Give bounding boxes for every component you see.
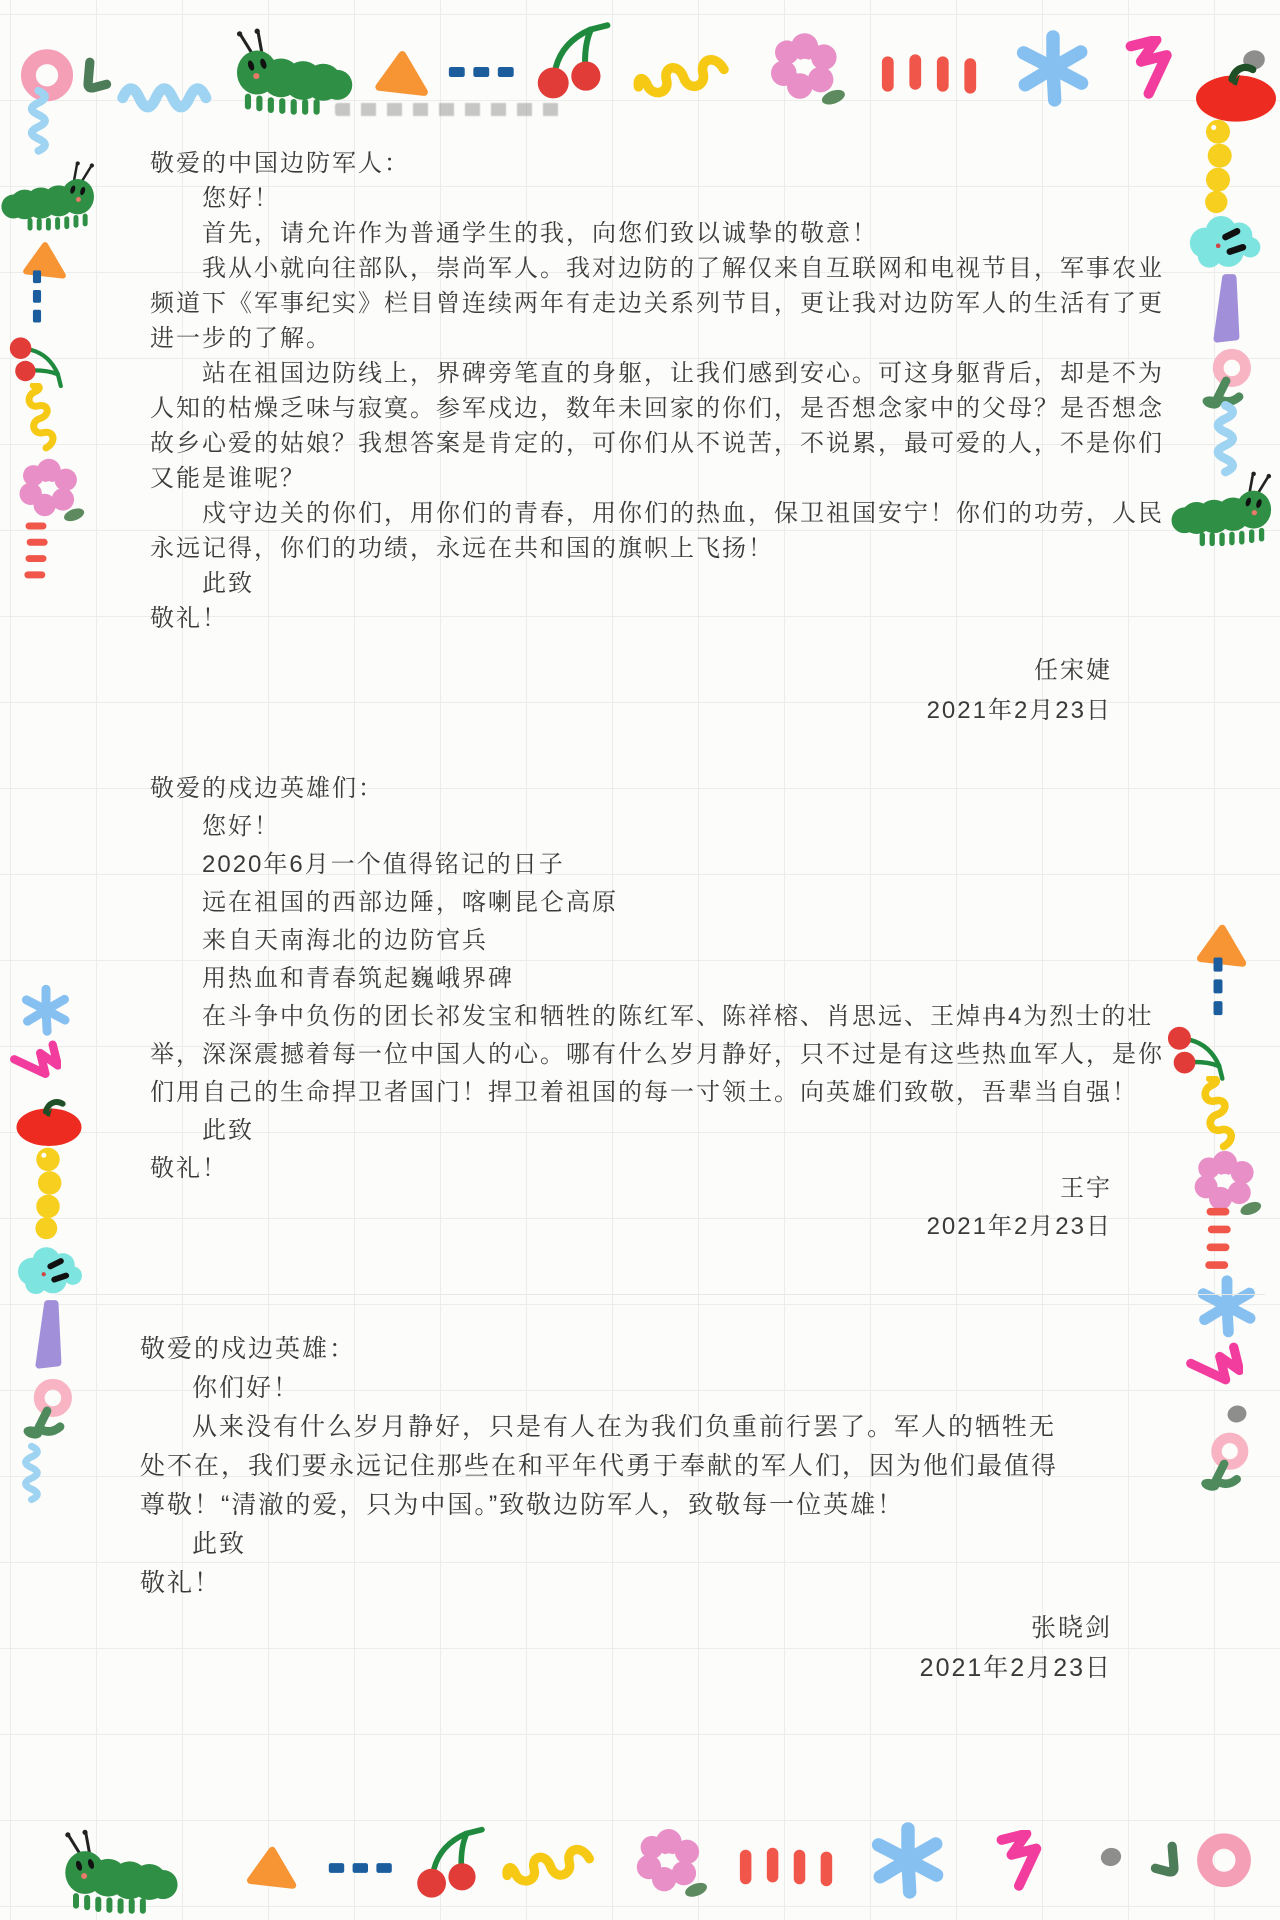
letter-line: 此致 <box>140 1525 1058 1564</box>
triangle-icon <box>368 46 434 110</box>
leaf-stroke-icon <box>1144 1838 1188 1888</box>
letter-line: 在斗争中负伤的团长祁发宝和牺牲的陈红军、陈祥榕、肖思远、王焯冉4为烈士的壮 <box>150 998 1164 1036</box>
blue-dashes-icon <box>446 60 518 84</box>
snowflake-icon <box>864 1818 952 1902</box>
letter-line: 永远记得，你们的功绩，永远在共和国的旗帜上飞扬！ <box>150 531 1164 566</box>
letter-line: 处不在，我们要永远记住那些在和平年代勇于奉献的军人们，因为他们最值得 <box>140 1447 1058 1486</box>
letter-line: 进一步的了解。 <box>150 321 1164 356</box>
letter-2-body: 敬爱的戍边英雄们：您好！2020年6月一个值得铭记的日子远在祖国的西部边陲，喀喇… <box>150 770 1164 1188</box>
tomato-icon <box>1190 60 1280 124</box>
cloud-face-icon <box>8 1240 90 1298</box>
letter-2-signature: 王宇 <box>1060 1168 1112 1203</box>
purple-stroke-icon <box>24 1298 70 1370</box>
letter-line: 您好！ <box>150 181 1164 216</box>
letter-3-body: 敬爱的戍边英雄：你们好！从来没有什么岁月静好，只是有人在为我们负重前行罢了。军人… <box>140 1330 1058 1603</box>
flower-icon <box>756 30 858 110</box>
caterpillar-icon <box>1170 470 1280 550</box>
letter-2: 敬爱的戍边英雄们：您好！2020年6月一个值得铭记的日子远在祖国的西部边陲，喀喇… <box>150 770 1164 1188</box>
zigzag-icon <box>974 1830 1080 1892</box>
letter-line: 敬爱的中国边防军人： <box>150 146 1164 181</box>
loop-squiggle-icon <box>17 383 61 453</box>
letter-line: 此致 <box>150 1112 1164 1150</box>
letter-line: 敬爱的戍边英雄： <box>140 1330 1058 1369</box>
letter-line: 我从小就向往部队，崇尚军人。我对边防的了解仅来自互联网和电视节目，军事农业 <box>150 251 1164 286</box>
zigzag-icon <box>1185 1334 1243 1408</box>
caterpillar-icon <box>50 1828 180 1918</box>
letter-line: 站在祖国边防线上，界碑旁笔直的身躯，让我们感到安心。可这身躯背后，却是不为 <box>150 356 1164 391</box>
letter-line: 人知的枯燥乏味与寂寞。参军戍边，数年未回家的你们，是否想念家中的父母？是否想念 <box>150 391 1164 426</box>
flower-icon <box>624 1826 718 1902</box>
coral-dashes-icon <box>15 519 57 583</box>
loop-squiggle-icon <box>500 1842 600 1894</box>
letter-1-body: 敬爱的中国边防军人：您好！首先，请允许作为普通学生的我，向您们致以诚挚的敬意！我… <box>150 146 1164 636</box>
coral-dashes-icon <box>876 48 984 100</box>
page-separator-line <box>55 1294 1265 1295</box>
leaf-stroke-icon <box>74 52 118 106</box>
letter-line: 远在祖国的西部边陲，喀喇昆仑高原 <box>150 884 1164 922</box>
letter-line: 尊敬！“清澈的爱，只为中国。”致敬边防军人，致敬每一位英雄！ <box>140 1486 1058 1525</box>
letter-line: 戍守边关的你们，用你们的青春，用你们的热血，保卫祖国安宁！你们的功劳，人民 <box>150 496 1164 531</box>
wave-squiggle-icon <box>10 1442 54 1506</box>
letter-3: 敬爱的戍边英雄：你们好！从来没有什么岁月静好，只是有人在为我们负重前行罢了。军人… <box>140 1330 1058 1603</box>
snowflake-icon <box>1180 1272 1274 1340</box>
stationery-page: { "letters": [ { "id": "letter-1", "line… <box>0 0 1280 1920</box>
letter-3-date: 2021年2月23日 <box>920 1648 1112 1684</box>
yellow-dots-icon <box>26 1146 70 1240</box>
letter-line: 此致 <box>150 566 1164 601</box>
letter-line: 故乡心爱的姑娘？我想答案是肯定的，可你们从不说苦，不说累，最可爱的人，不是你们 <box>150 426 1164 461</box>
purple-stroke-icon <box>1200 272 1250 344</box>
caterpillar-icon <box>0 156 106 238</box>
letter-line: 首先，请允许作为普通学生的我，向您们致以诚挚的敬意！ <box>150 216 1164 251</box>
letter-line: 你们好！ <box>140 1369 1058 1408</box>
letter-line: 敬爱的戍边英雄们： <box>150 770 1164 808</box>
letter-1-signature: 任宋婕 <box>1034 650 1112 685</box>
letter-line: 们用自己的生命捍卫者国门！捍卫着祖国的每一寸领土。向英雄们致敬，吾辈当自强！ <box>150 1074 1164 1112</box>
letter-line: 敬礼！ <box>150 1150 1164 1188</box>
loop-squiggle-icon <box>630 52 736 106</box>
zigzag-icon <box>9 1031 61 1101</box>
letter-1-date: 2021年2月23日 <box>927 690 1112 725</box>
coral-dashes-icon <box>734 1842 840 1892</box>
wave-squiggle-icon <box>1200 400 1252 480</box>
ring-flower-icon <box>1176 1426 1278 1496</box>
cherries-icon <box>530 6 616 110</box>
gray-dot-icon <box>1220 1400 1254 1428</box>
letter-2-date: 2021年2月23日 <box>927 1206 1112 1241</box>
cloud-face-icon <box>1180 208 1268 272</box>
yellow-dots-icon <box>1196 118 1240 214</box>
coral-dashes-icon <box>1195 1204 1241 1274</box>
letter-line: 举，深深震撼着每一位中国人的心。哪有什么岁月静好，只不过是有这些热血军人，是你 <box>150 1036 1164 1074</box>
letter-line: 来自天南海北的边防官兵 <box>150 922 1164 960</box>
letter-line: 又能是谁呢？ <box>150 461 1164 496</box>
cropped-text-remnant <box>335 103 560 116</box>
letter-line: 用热血和青春筑起巍峨界碑 <box>150 960 1164 998</box>
flower-icon <box>6 456 96 526</box>
loop-squiggle-icon <box>1192 1076 1240 1152</box>
letter-1: 敬爱的中国边防军人：您好！首先，请允许作为普通学生的我，向您们致以诚挚的敬意！我… <box>150 146 1164 636</box>
letter-3-signature: 张晓剑 <box>1031 1608 1112 1644</box>
letter-line: 从来没有什么岁月静好，只是有人在为我们负重前行罢了。军人的牺牲无 <box>140 1408 1058 1447</box>
triangle-icon <box>240 1842 302 1902</box>
letter-line: 您好！ <box>150 808 1164 846</box>
letter-line: 敬礼！ <box>140 1564 1058 1603</box>
ring-icon <box>1192 1826 1256 1892</box>
snowflake-icon <box>4 982 88 1038</box>
letter-line: 敬礼！ <box>150 601 1164 636</box>
tomato-icon <box>6 1096 92 1148</box>
cherries-icon <box>410 1810 490 1910</box>
blue-dashes-icon <box>326 1856 396 1880</box>
blue-dashes-icon <box>1205 955 1231 1019</box>
letter-line: 2020年6月一个值得铭记的日子 <box>150 846 1164 884</box>
wave-squiggle-icon <box>116 74 216 120</box>
blue-dashes-icon <box>26 268 48 326</box>
gray-dot-icon <box>1094 1842 1128 1872</box>
letter-line: 频道下《军事纪实》栏目曾连续两年有走边关系列节目，更让我对边防军人的生活有了更 <box>150 286 1164 321</box>
ring-flower-icon <box>10 1372 90 1444</box>
snowflake-icon <box>1010 26 1096 110</box>
wave-squiggle-icon <box>15 86 63 158</box>
